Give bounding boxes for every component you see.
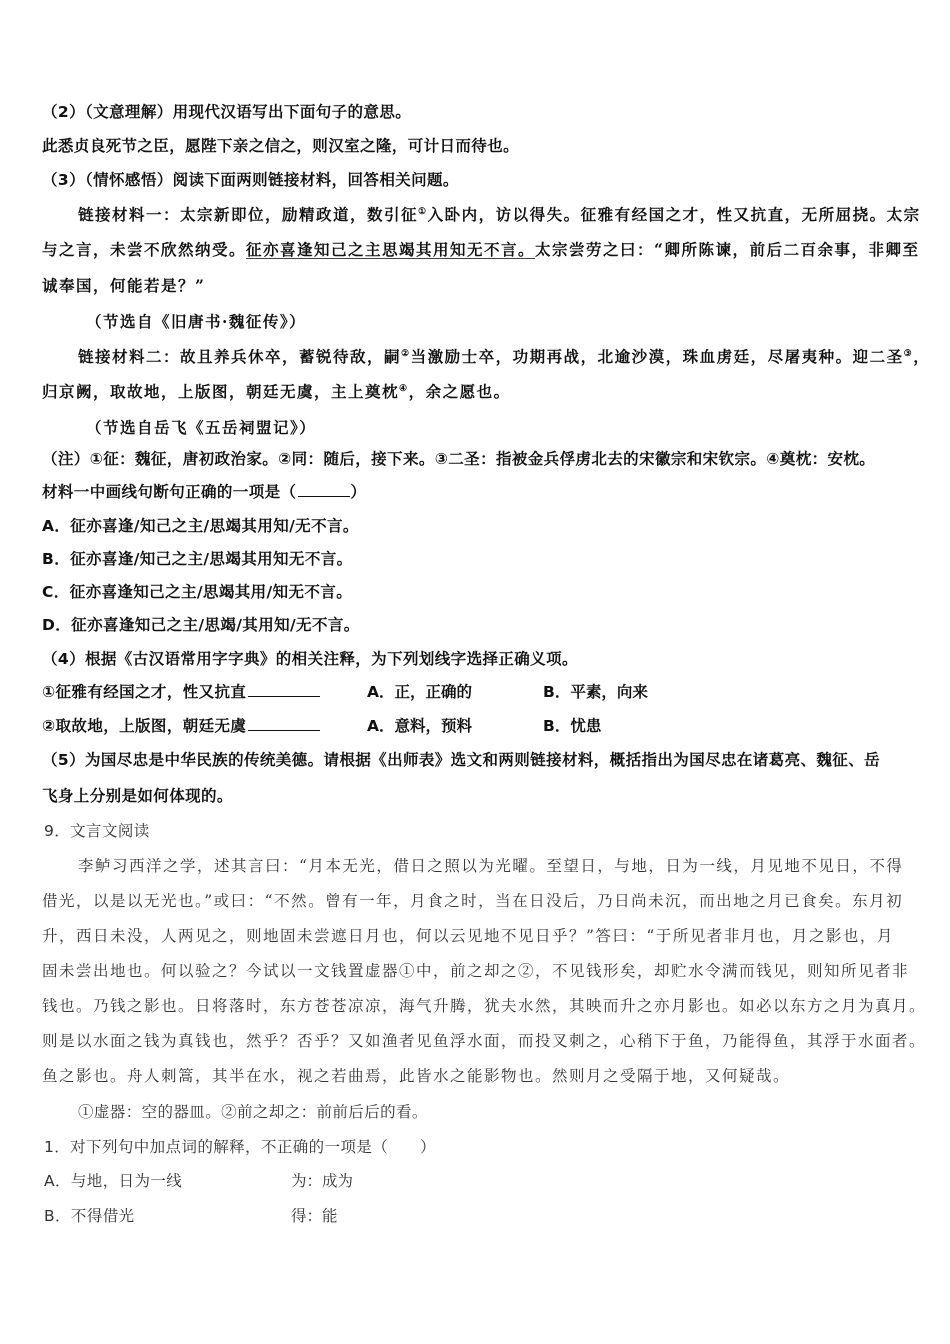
- q4-title: （4）根据《古汉语常用字字典》的相关注释，为下列划线字选择正确义项。: [42, 649, 578, 669]
- material1-line3: 诚奉国，何能若是？”: [42, 276, 205, 296]
- passage-line: 鱼之影也。舟人刺篙，其半在水，视之若曲焉，此皆水之能影物也。然则月之受隔于地，又…: [42, 1066, 790, 1086]
- material2-line2: 归京阙，取故地，上版图，朝廷无虞，主上奠枕④，余之愿也。: [42, 382, 511, 402]
- q4-item-2-option-b: B．忧患: [543, 716, 601, 736]
- q1-option-b: B．不得借光: [44, 1206, 135, 1226]
- answer-blank[interactable]: [248, 682, 320, 697]
- material1-line2: 与之言，未尝不欣然纳受。征亦喜逢知己之主思竭其用知无不言。太宗尝劳之曰：“卿所陈…: [42, 240, 919, 260]
- q4-item-1-option-a: A．正，正确的: [367, 682, 472, 702]
- footnote-ref-3: ③: [904, 349, 914, 359]
- passage-line: 则是以水面之钱为真钱也，然乎？否乎？又如渔者见鱼浮水面，而投叉刺之，心稍下于鱼，…: [42, 1031, 926, 1051]
- passage-line: 升，西日未没，人两见之，则地固未尝遮日月也，何以云见地不见日乎？”答曰：“于所见…: [42, 926, 894, 946]
- q4-item-2: ②取故地，上版图，朝廷无虞: [42, 716, 320, 736]
- material1-source: （节选自《旧唐书·魏征传》）: [86, 312, 306, 332]
- q5-line1: （5）为国尽忠是中华民族的传统美德。请根据《出师表》选文和两则链接材料，概括指出…: [42, 750, 880, 770]
- q3-option-d: D．征亦喜逢知己之主/思竭/其用知/无不言。: [42, 615, 360, 635]
- footnote-ref-1: ①: [418, 207, 428, 217]
- q1-option-b-meaning: 得：能: [291, 1206, 338, 1226]
- answer-blank[interactable]: [298, 482, 350, 497]
- footnote: ①虚器：空的器皿。②前之却之：前前后后的看。: [78, 1102, 428, 1122]
- q2-sentence: 此悉贞良死节之臣，愿陛下亲之信之，则汉室之隆，可计日而待也。: [42, 136, 519, 156]
- material2-line1: 链接材料二：故且养兵休卒，蓄锐待敌，嗣②当激励士卒，功期再战，北逾沙漠，珠血虏廷…: [78, 347, 930, 367]
- q5-line2: 飞身上分别是如何体现的。: [42, 786, 233, 806]
- q4-item-2-option-a: A．意料，预料: [367, 716, 472, 736]
- passage-line: 李鲈习西洋之学，述其言曰：“月本无光，借日之照以为光曜。至望日，与地，日为一线，…: [78, 856, 903, 876]
- material1-line1: 链接材料一：太宗新即位，励精政道，数引征①入卧内，访以得失。征雅有经国之才，性又…: [78, 205, 921, 225]
- q3-option-b: B．征亦喜逢/知己之主/思竭其用知无不言。: [42, 549, 353, 569]
- q1-option-a-meaning: 为：成为: [291, 1171, 353, 1191]
- document-page: （2）（文意理解）用现代汉语写出下面句子的意思。 此悉贞良死节之臣，愿陛下亲之信…: [0, 0, 950, 1344]
- passage-line: 钱也。乃钱之影也。日将落时，东方苍苍凉凉，海气升腾，犹夫水然，其映而升之亦月影也…: [42, 996, 926, 1016]
- notes: （注）①征：魏征，唐初政治家。②同：随后，接下来。③二圣：指被金兵俘虏北去的宋徽…: [42, 449, 875, 469]
- q1-title: 1．对下列句中加点词的解释，不正确的一项是（ ）: [44, 1137, 436, 1157]
- answer-blank[interactable]: [248, 716, 320, 731]
- passage-line: 固未尝出地也。何以验之？今试以一文钱置虚器①中，前之却之②，不见钱形矣，却贮水令…: [42, 961, 909, 981]
- passage-line: 借光，以是以无光也。”或曰：“不然。曾有一年，月食之时，当在日没后，乃日尚未沉，…: [42, 891, 903, 911]
- q3-option-c: C．征亦喜逢知己之主/思竭其用/知无不言。: [42, 582, 352, 602]
- q3-question: 材料一中画线句断句正确的一项是（）: [42, 482, 366, 502]
- section-title: 9．文言文阅读: [44, 821, 150, 841]
- q4-item-1: ①征雅有经国之才，性又抗直: [42, 682, 320, 702]
- footnote-ref-4: ④: [399, 384, 409, 394]
- footnote-ref-2: ②: [401, 349, 411, 359]
- underlined-sentence: 征亦喜逢知己之主思竭其用知无不言。: [246, 240, 535, 259]
- material2-source: （节选自岳飞《五岳祠盟记》）: [86, 418, 316, 438]
- q4-item-1-option-b: B．平素，向来: [543, 682, 648, 702]
- q2-title: （2）（文意理解）用现代汉语写出下面句子的意思。: [42, 102, 411, 122]
- q3-title: （3）（情怀感悟）阅读下面两则链接材料，回答相关问题。: [42, 170, 459, 190]
- q3-option-a: A．征亦喜逢/知己之主/思竭其用知/无不言。: [42, 516, 359, 536]
- q1-option-a: A．与地，日为一线: [44, 1171, 182, 1191]
